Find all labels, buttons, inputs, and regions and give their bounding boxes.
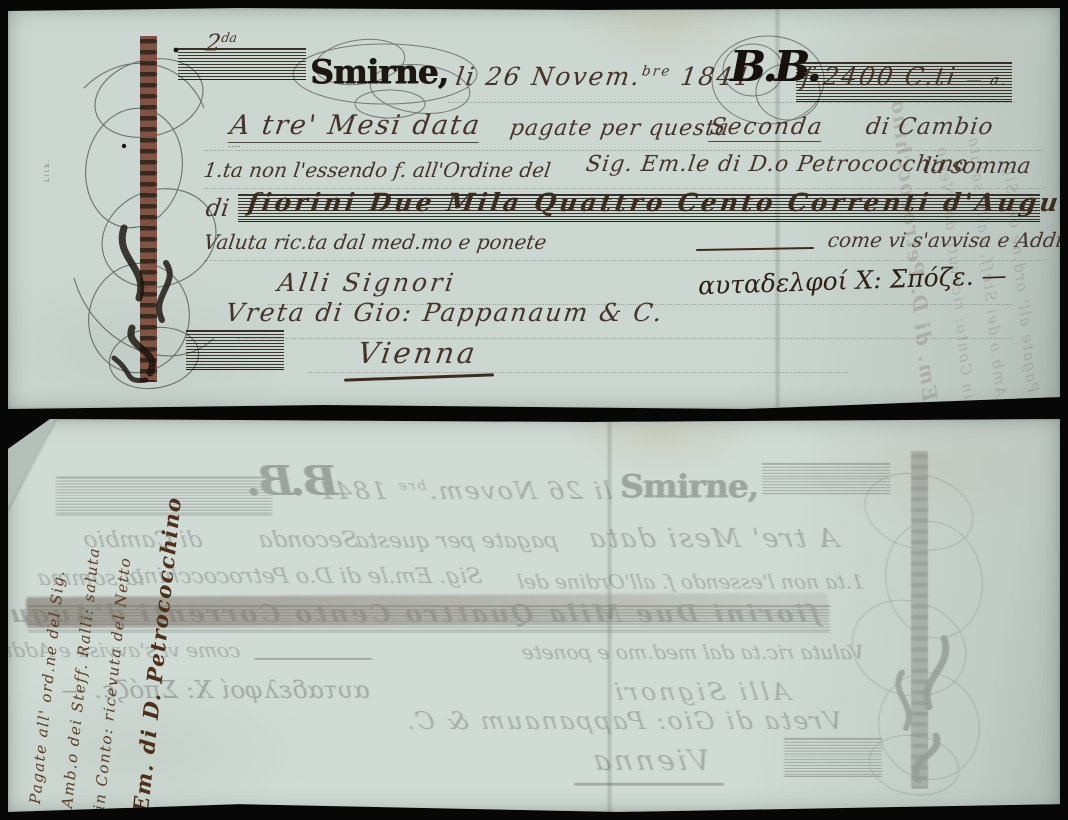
bleed-valuta: Valuta ric.ta dal med.mo e ponete [520, 640, 866, 663]
bleed-order-phrase: pagate per questa [354, 529, 560, 553]
corner-fold [8, 419, 82, 519]
bleed-date-line: li 26 Novem.bre 1841 [314, 477, 614, 505]
filler-dash [696, 247, 814, 251]
order-phrase: pagate per questa [508, 116, 731, 141]
address-hatch [186, 330, 284, 370]
copy-label-hatch [762, 463, 890, 494]
term-phrase: A tre' Mesi data [228, 110, 483, 143]
bill-front: Lith. 2da Smirne, li 26 Novem.bre 1841 [8, 8, 1060, 409]
payee-tail: la somma [922, 154, 1032, 179]
endorsement-signature: Em. di D. Petrococchino [128, 495, 186, 812]
ink-smear-band [26, 593, 828, 627]
place-name: Smirne, [310, 52, 448, 91]
address-hatch [784, 738, 882, 777]
rule-line [308, 372, 848, 373]
bleed-salute: Alli Signori [610, 677, 792, 705]
filler-dash [254, 658, 372, 660]
addressee-salute: Alli Signori [276, 268, 458, 297]
city-underline [574, 783, 724, 786]
bleed-term-phrase: A tre' Mesi data [585, 523, 840, 553]
rule-line [238, 338, 1012, 339]
bleed-place-name: Smirne, [620, 467, 758, 505]
bleed-clause: 1.ta non l'essendo f. all'Ordine del [516, 570, 866, 593]
amount: f 2400 C.ti — a. [800, 62, 1011, 91]
drawer-signature: αυταδελφοί Χ: Σπόζε. — [698, 261, 1007, 301]
order-word: Seconda [708, 114, 825, 142]
photo-frame: Lith. 2da Smirne, li 26 Novem.bre 1841 [0, 0, 1068, 820]
sum-words: fiorini Due Mila Quattro Cento Correnti … [246, 188, 1060, 217]
bleed-order-word: Seconda [257, 527, 360, 552]
rule-line [204, 260, 1044, 261]
addressee-name: Vreta di Gio: Pappanaum & C. [224, 298, 666, 327]
addressee-city: Vienna [356, 336, 480, 370]
sum-prefix: di [204, 194, 231, 222]
lithographer-imprint: Lith. [44, 158, 51, 182]
city-underline [344, 373, 494, 381]
copy-label-hatch [178, 48, 306, 80]
valuta-phrase: Valuta ric.ta dal med.mo e ponete [202, 230, 548, 254]
bleed-city: Vienna [588, 744, 712, 777]
counterfoil-ornament-icon [834, 443, 1014, 802]
bill-back: Smirne, li 26 Novem.bre 1841 B.B. A tre'… [8, 419, 1060, 812]
rule-line [204, 150, 1044, 151]
payee-name: Sig. Em.le di D.o Petrococchino [584, 152, 970, 177]
insertion-mark: ···· [227, 142, 241, 153]
bleed-monogram: B.B. [250, 457, 338, 505]
clause-phrase: 1.ta non l'essendo f. all'Ordine del [202, 158, 552, 182]
order-tail: di Cambio [864, 114, 995, 140]
bleed-payee: Sig. Em.le di D.o Petrococchino [129, 564, 484, 588]
avviso-phrase: come vi s'avvisa e Addio [826, 228, 1060, 252]
copy-label: 2da [204, 30, 238, 57]
bleed-addressee: Vreta di Gio: Pappanaum & C. [402, 707, 844, 735]
